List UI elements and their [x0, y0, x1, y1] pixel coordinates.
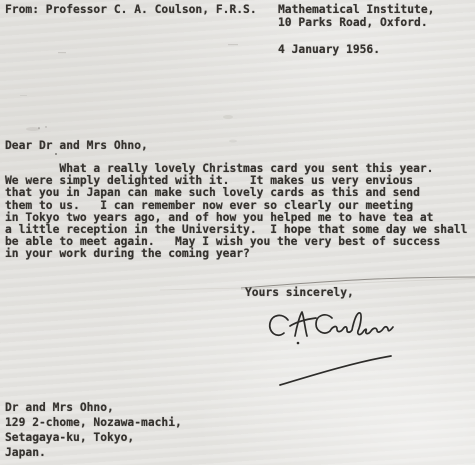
- closing-line: Yours sincerely,: [245, 286, 354, 299]
- signature-strokes: [250, 305, 410, 395]
- from-line: From: Professor C. A. Coulson, F.R.S.: [5, 3, 257, 16]
- letter-document: From: Professor C. A. Coulson, F.R.S. Ma…: [0, 0, 475, 465]
- letter-body: What a really lovely Christmas card you …: [5, 163, 468, 261]
- sender-address: Mathematical Institute, 10 Parks Road, O…: [278, 3, 434, 29]
- salutation: Dear Dr and Mrs Ohno,: [5, 139, 148, 152]
- date-line: 4 January 1956.: [278, 43, 380, 56]
- handwritten-signature: [250, 305, 410, 395]
- recipient-address: Dr and Mrs Ohno, 129 2-chome, Nozawa-mac…: [5, 400, 182, 460]
